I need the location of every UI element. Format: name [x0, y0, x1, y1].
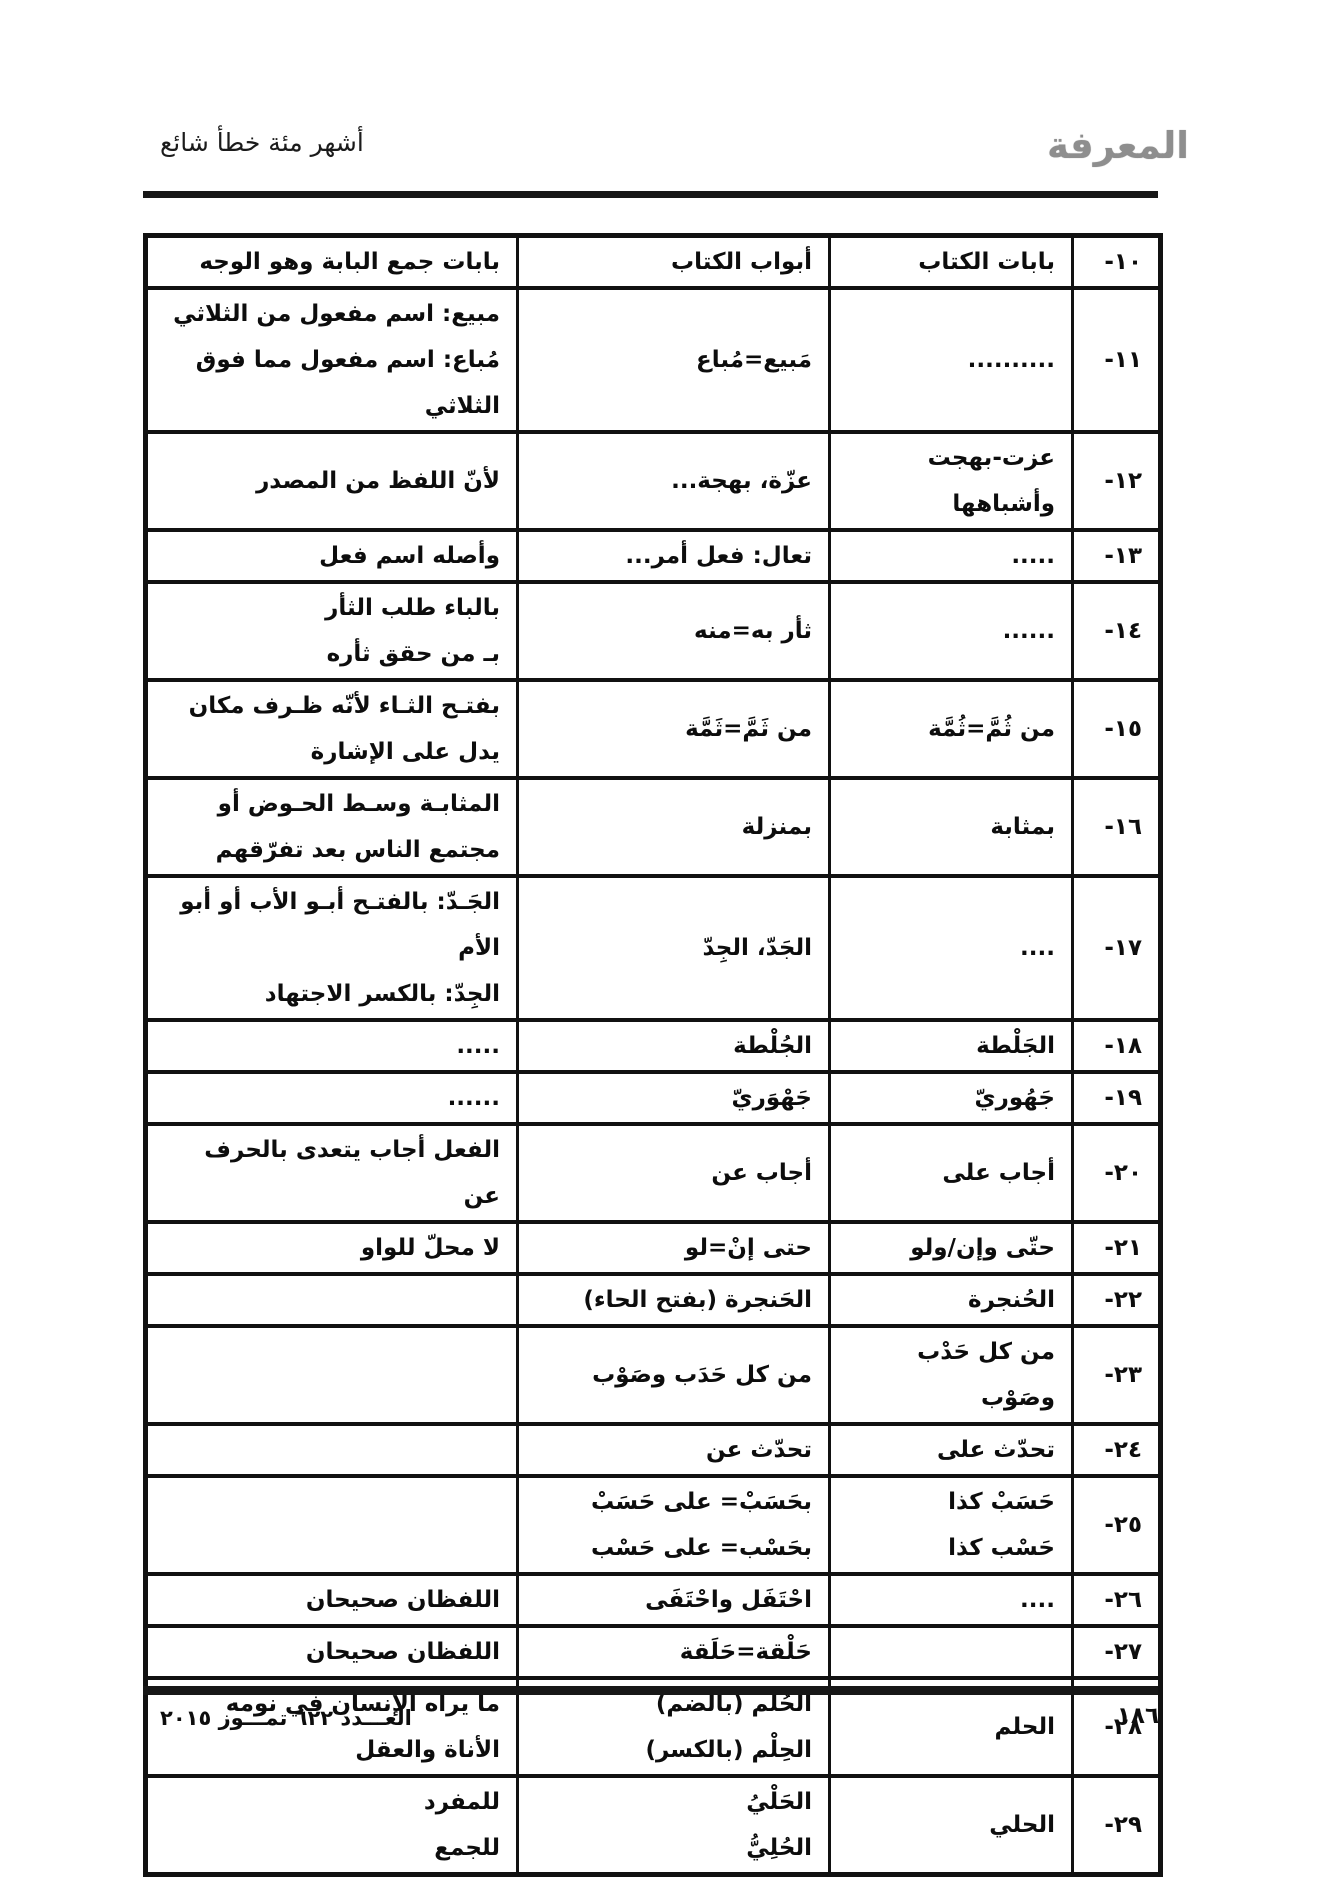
scanned-magazine-page: أشهر مئة خطأ شائع المعرفة ١٠-بابات الكتا…	[0, 0, 1339, 1890]
cell-explanation: لا محلّ للواو	[146, 1222, 518, 1274]
table-row: ١٣-.....تعال: فعل أمر...وأصله اسم فعل	[146, 530, 1161, 582]
cell-row-number: ٢٤-	[1073, 1424, 1161, 1476]
cell-row-number: ١١-	[1073, 288, 1161, 432]
table-row: ٢٠-أجاب علىأجاب عنالفعل أجاب يتعدى بالحر…	[146, 1124, 1161, 1222]
table-row: ٢١-حتّى وإن/ولوحتى إنْ=لولا محلّ للواو	[146, 1222, 1161, 1274]
table-row: ١٧-....الجَدّ، الجِدّالجَـدّ: بالفتـح أب…	[146, 876, 1161, 1020]
cell-explanation: مبيع: اسم مفعول من الثلاثي مُباع: اسم مف…	[146, 288, 518, 432]
cell-common-error: تحدّث على	[830, 1424, 1073, 1476]
cell-common-error: .....	[830, 530, 1073, 582]
cell-common-error: الحُنجرة	[830, 1274, 1073, 1326]
cell-correct-form: حتى إنْ=لو	[518, 1222, 830, 1274]
footer-rule	[143, 1686, 1158, 1695]
cell-row-number: ٢١-	[1073, 1222, 1161, 1274]
cell-explanation: المثابـة وسـط الحـوض أو مجتمع الناس بعد …	[146, 778, 518, 876]
cell-common-error: الحلي	[830, 1776, 1073, 1875]
footer-issue-line: العـــدد ٦٢٢ تمـــوز ٢٠١٥	[160, 1706, 412, 1730]
table-row: ٢٥-حَسَبْ كذا حَسْب كذابحَسَبْ= على حَسَ…	[146, 1476, 1161, 1574]
cell-common-error: بمثابة	[830, 778, 1073, 876]
cell-correct-form: الحَنجرة (بفتح الحاء)	[518, 1274, 830, 1326]
table-row: ٢٧-حَلْقة=حَلَقةاللفظان صحيحان	[146, 1626, 1161, 1678]
cell-explanation	[146, 1476, 518, 1574]
cell-common-error: ......	[830, 582, 1073, 680]
cell-explanation: اللفظان صحيحان	[146, 1574, 518, 1626]
cell-correct-form: مَبيع=مُباع	[518, 288, 830, 432]
cell-common-error: حَسَبْ كذا حَسْب كذا	[830, 1476, 1073, 1574]
cell-explanation: الفعل أجاب يتعدى بالحرف عن	[146, 1124, 518, 1222]
table-row: ٢٤-تحدّث علىتحدّث عن	[146, 1424, 1161, 1476]
cell-explanation: بابات جمع البابة وهو الوجه	[146, 236, 518, 289]
cell-correct-form: ثأر به=منه	[518, 582, 830, 680]
cell-correct-form: أجاب عن	[518, 1124, 830, 1222]
table-row: ٢٢-الحُنجرةالحَنجرة (بفتح الحاء)	[146, 1274, 1161, 1326]
table-row: ١٢-عزت-بهجت وأشباههاعزّة، بهجة...لأنّ ال…	[146, 432, 1161, 530]
cell-row-number: ٢٢-	[1073, 1274, 1161, 1326]
cell-correct-form: بحَسَبْ= على حَسَبْ بحَسْب= على حَسْب	[518, 1476, 830, 1574]
cell-correct-form: عزّة، بهجة...	[518, 432, 830, 530]
cell-row-number: ١٦-	[1073, 778, 1161, 876]
cell-row-number: ٢٥-	[1073, 1476, 1161, 1574]
cell-row-number: ٢٦-	[1073, 1574, 1161, 1626]
cell-correct-form: تحدّث عن	[518, 1424, 830, 1476]
cell-row-number: ١٢-	[1073, 432, 1161, 530]
cell-common-error: ....	[830, 876, 1073, 1020]
cell-common-error: حتّى وإن/ولو	[830, 1222, 1073, 1274]
cell-common-error: أجاب على	[830, 1124, 1073, 1222]
common-errors-table: ١٠-بابات الكتابأبواب الكتاببابات جمع الب…	[143, 233, 1163, 1877]
page-header-title: أشهر مئة خطأ شائع	[160, 128, 364, 157]
cell-explanation	[146, 1274, 518, 1326]
cell-correct-form: بمنزلة	[518, 778, 830, 876]
cell-common-error: من ثُمَّ=ثُمَّة	[830, 680, 1073, 778]
footer-page-number: ١٨٦	[1117, 1703, 1159, 1729]
cell-row-number: ٢٧-	[1073, 1626, 1161, 1678]
cell-explanation: بفتـح الثـاء لأنّه ظـرف مكان يدل على الإ…	[146, 680, 518, 778]
cell-explanation: الجَـدّ: بالفتـح أبـو الأب أو أبو الأم ا…	[146, 876, 518, 1020]
table-row: ١١-..........مَبيع=مُباعمبيع: اسم مفعول …	[146, 288, 1161, 432]
cell-explanation: ......	[146, 1072, 518, 1124]
cell-correct-form: الحَلْيُ الحُلِيُّ	[518, 1776, 830, 1875]
cell-row-number: ٢٩-	[1073, 1776, 1161, 1875]
cell-common-error: ....	[830, 1574, 1073, 1626]
cell-common-error	[830, 1626, 1073, 1678]
table-row: ٢٣-من كل حَدْب وصَوْبمن كل حَدَب وصَوْب	[146, 1326, 1161, 1424]
cell-row-number: ١٣-	[1073, 530, 1161, 582]
cell-correct-form: أبواب الكتاب	[518, 236, 830, 289]
cell-explanation: اللفظان صحيحان	[146, 1626, 518, 1678]
cell-row-number: ١٤-	[1073, 582, 1161, 680]
cell-common-error: من كل حَدْب وصَوْب	[830, 1326, 1073, 1424]
cell-correct-form: الجُلْطة	[518, 1020, 830, 1072]
cell-common-error: جَهُوريّ	[830, 1072, 1073, 1124]
cell-explanation: بالباء طلب الثأر بـ من حقق ثأره	[146, 582, 518, 680]
cell-correct-form: تعال: فعل أمر...	[518, 530, 830, 582]
cell-common-error: عزت-بهجت وأشباهها	[830, 432, 1073, 530]
table-row: ١٦-بمثابةبمنزلةالمثابـة وسـط الحـوض أو م…	[146, 778, 1161, 876]
table-row: ١٥-من ثُمَّ=ثُمَّةمن ثَمَّ=ثَمَّةبفتـح ا…	[146, 680, 1161, 778]
cell-row-number: ١٥-	[1073, 680, 1161, 778]
table-row: ١٠-بابات الكتابأبواب الكتاببابات جمع الب…	[146, 236, 1161, 289]
cell-row-number: ١٩-	[1073, 1072, 1161, 1124]
cell-row-number: ١٠-	[1073, 236, 1161, 289]
cell-common-error: ..........	[830, 288, 1073, 432]
cell-explanation: للمفرد للجمع	[146, 1776, 518, 1875]
cell-explanation	[146, 1326, 518, 1424]
cell-row-number: ١٧-	[1073, 876, 1161, 1020]
table-row: ٢٩-الحليالحَلْيُ الحُلِيُّللمفرد للجمع	[146, 1776, 1161, 1875]
header-rule	[143, 191, 1158, 198]
cell-correct-form: من ثَمَّ=ثَمَّة	[518, 680, 830, 778]
cell-explanation	[146, 1424, 518, 1476]
cell-correct-form: احْتَفَل واحْتَفَى	[518, 1574, 830, 1626]
cell-correct-form: من كل حَدَب وصَوْب	[518, 1326, 830, 1424]
cell-row-number: ٢٠-	[1073, 1124, 1161, 1222]
cell-explanation: وأصله اسم فعل	[146, 530, 518, 582]
cell-explanation: .....	[146, 1020, 518, 1072]
cell-row-number: ١٨-	[1073, 1020, 1161, 1072]
cell-common-error: بابات الكتاب	[830, 236, 1073, 289]
magazine-logo: المعرفة	[1047, 124, 1189, 167]
table-row: ١٤-......ثأر به=منهبالباء طلب الثأر بـ م…	[146, 582, 1161, 680]
table-row: ١٩-جَهُوريّجَهْوَريّ......	[146, 1072, 1161, 1124]
cell-common-error: الجَلْطة	[830, 1020, 1073, 1072]
cell-row-number: ٢٣-	[1073, 1326, 1161, 1424]
table-row: ٢٦-....احْتَفَل واحْتَفَىاللفظان صحيحان	[146, 1574, 1161, 1626]
cell-correct-form: حَلْقة=حَلَقة	[518, 1626, 830, 1678]
cell-correct-form: الجَدّ، الجِدّ	[518, 876, 830, 1020]
cell-correct-form: جَهْوَريّ	[518, 1072, 830, 1124]
table-row: ١٨-الجَلْطةالجُلْطة.....	[146, 1020, 1161, 1072]
cell-explanation: لأنّ اللفظ من المصدر	[146, 432, 518, 530]
